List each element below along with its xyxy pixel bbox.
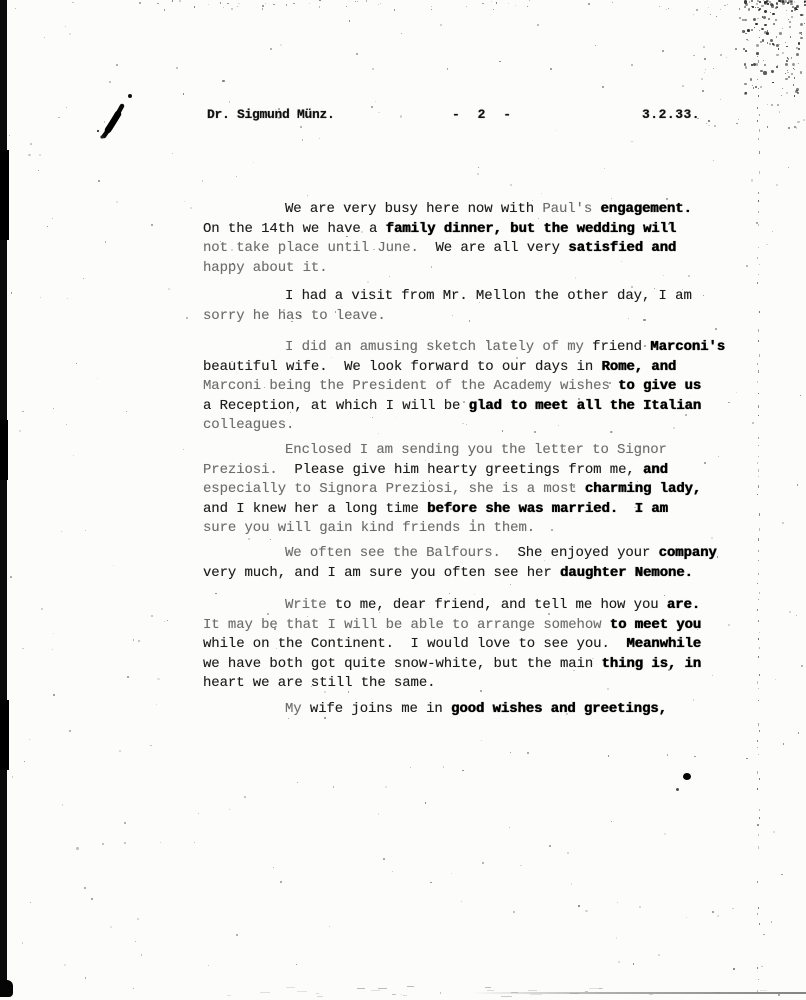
scan-speck <box>116 64 118 66</box>
scan-speck <box>800 37 802 39</box>
letter-line: and I knew her a long time before she wa… <box>203 500 701 520</box>
scan-speck <box>794 95 796 97</box>
scan-speck <box>183 449 184 450</box>
scan-speck <box>176 67 177 68</box>
scan-speck <box>785 78 788 81</box>
scan-speck <box>262 5 263 6</box>
fold-line-dot <box>759 592 760 594</box>
text-segment: glad to meet all the Italian <box>469 398 701 414</box>
scan-speck <box>346 236 347 237</box>
scan-speck <box>477 173 479 175</box>
scan-speck <box>804 23 805 24</box>
scan-speck <box>756 44 759 47</box>
scan-speck <box>278 117 279 118</box>
scan-speck <box>38 170 39 171</box>
scan-speck <box>757 824 759 826</box>
scan-speck <box>67 298 68 299</box>
scan-speck <box>767 126 769 128</box>
fold-line-dot <box>757 282 758 284</box>
scan-speck <box>760 70 762 72</box>
fold-line-dot <box>758 620 759 622</box>
scan-speck <box>706 123 707 124</box>
scan-speck <box>69 33 71 35</box>
scan-speck <box>773 831 775 833</box>
scan-speck <box>223 7 224 8</box>
scan-speck <box>715 328 717 330</box>
fold-line-dot <box>759 647 760 649</box>
scan-speck <box>749 1 750 2</box>
scan-speck <box>696 9 698 11</box>
scan-speck <box>302 139 303 140</box>
scan-speck <box>710 14 711 15</box>
scan-speck <box>515 5 516 6</box>
scan-speck <box>164 9 165 10</box>
scan-speck <box>319 0 320 1</box>
scan-speck <box>349 20 350 21</box>
fold-line-dot <box>757 462 758 464</box>
scan-speck <box>798 42 801 45</box>
scan-speck <box>775 19 777 21</box>
letter-line: It may be that I will be able to arrange… <box>203 616 701 636</box>
text-segment: family dinner, but the wedding will <box>386 221 677 237</box>
scan-speck <box>572 507 573 508</box>
fold-line-dot <box>758 370 759 373</box>
scan-speck <box>618 961 620 963</box>
scan-edge-notch <box>0 700 9 770</box>
scan-speck <box>717 915 719 917</box>
scan-speck <box>466 6 467 7</box>
scan-speck <box>40 297 41 298</box>
scan-speck <box>266 424 267 425</box>
scan-speck <box>44 37 45 38</box>
fold-line-dot <box>758 846 759 849</box>
text-segment: happy about it. <box>203 260 328 276</box>
scan-speck <box>801 34 802 35</box>
scan-speck <box>736 123 738 125</box>
handwritten-ink-mark-icon <box>96 90 142 142</box>
scan-speck <box>537 24 539 26</box>
scan-speck <box>767 104 768 105</box>
scan-speck <box>482 3 483 4</box>
scan-speck <box>366 0 367 1</box>
scan-speck <box>183 93 184 94</box>
scan-speck <box>380 3 381 4</box>
scan-speck <box>378 813 380 815</box>
scan-speck <box>793 68 794 69</box>
scan-bottom-dash <box>758 992 762 993</box>
scan-speck <box>694 756 696 758</box>
scan-speck <box>693 14 694 15</box>
scan-speck <box>662 50 664 52</box>
scan-speck <box>24 761 26 763</box>
scan-speck <box>776 184 777 185</box>
text-segment: sorry he has to leave. <box>203 308 386 324</box>
scan-speck <box>689 395 690 396</box>
scan-speck <box>588 3 590 5</box>
scan-speck <box>566 713 568 715</box>
fold-line-dot <box>759 817 760 819</box>
fold-line-dot <box>758 599 759 601</box>
scan-speck <box>772 231 773 232</box>
scan-speck <box>610 431 611 432</box>
scan-speck <box>724 5 725 6</box>
letter-line: Marconi being the President of the Acade… <box>203 377 725 397</box>
scan-speck <box>744 19 747 22</box>
scan-speck <box>133 988 134 989</box>
scan-speck <box>431 266 432 267</box>
scan-speck <box>796 53 799 56</box>
scan-speck <box>319 138 320 139</box>
scan-speck <box>782 28 783 29</box>
scan-speck <box>794 10 796 12</box>
fold-line-dot <box>758 393 759 394</box>
scan-speck <box>299 315 301 317</box>
scan-speck <box>266 114 268 116</box>
scan-speck <box>66 107 67 108</box>
scan-speck <box>769 43 771 45</box>
scan-speck <box>22 942 23 943</box>
fold-line-dot <box>758 538 759 540</box>
scan-speck <box>53 633 54 634</box>
scan-speck <box>496 2 498 4</box>
scan-speck <box>779 44 780 45</box>
scan-speck <box>668 8 669 9</box>
scan-speck <box>208 965 209 966</box>
scan-speck <box>794 69 795 70</box>
scan-speck <box>291 628 292 629</box>
scan-speck <box>787 2 789 4</box>
scan-speck <box>119 750 121 752</box>
fold-line-dot <box>757 120 758 122</box>
scan-speck <box>291 321 292 322</box>
scan-speck <box>236 934 238 936</box>
scan-speck <box>215 593 216 594</box>
fold-line-dot <box>757 494 758 495</box>
text-segment: It may be that I will be able to arrange… <box>203 617 610 633</box>
scan-speck <box>527 6 528 7</box>
scan-speck <box>253 162 254 163</box>
scan-speck <box>513 231 515 233</box>
scan-speck <box>800 395 801 396</box>
scan-speck <box>443 766 445 768</box>
scan-bottom-line <box>470 992 806 994</box>
scan-speck <box>244 796 246 798</box>
scan-speck <box>761 966 762 967</box>
scan-speck <box>516 357 518 359</box>
scan-speck <box>548 613 550 615</box>
scan-speck <box>550 68 552 70</box>
scan-speck <box>658 954 660 956</box>
fold-line-dot <box>758 469 759 472</box>
fold-line-dot <box>758 700 759 701</box>
fold-line-dot <box>757 881 758 883</box>
scan-speck <box>179 0 181 2</box>
fold-line-dot <box>759 151 760 153</box>
scan-speck <box>372 417 373 418</box>
scan-speck <box>355 1 356 2</box>
fold-line-dot <box>758 656 759 658</box>
scan-speck <box>102 843 104 845</box>
scan-bottom-dash <box>485 987 491 988</box>
scan-speck <box>220 241 221 242</box>
scan-speck <box>757 56 758 57</box>
scan-speck <box>717 556 719 558</box>
letter-line: colleagues. <box>203 416 725 436</box>
scan-speck <box>796 615 797 616</box>
scan-bottom-dash <box>357 988 365 989</box>
scan-speck <box>788 127 790 129</box>
text-segment: charming lady, <box>585 481 701 497</box>
fold-line-dot <box>758 437 759 440</box>
text-segment: to me, dear friend, and tell me how you <box>335 597 667 613</box>
scan-speck <box>198 813 199 814</box>
letter-line: Write to me, dear friend, and tell me ho… <box>203 596 701 616</box>
scan-speck <box>229 809 230 810</box>
scan-speck <box>425 802 426 803</box>
scan-speck <box>184 201 185 202</box>
scan-speck <box>631 64 633 66</box>
scan-speck <box>766 244 768 246</box>
scan-speck <box>758 9 760 11</box>
scan-speck <box>771 104 772 105</box>
scan-bottom-dash <box>297 991 307 992</box>
scan-speck <box>105 241 107 243</box>
scan-speck <box>667 754 669 756</box>
scan-bottom-dash <box>227 995 231 996</box>
scan-speck <box>270 539 271 540</box>
scan-speck <box>463 401 465 403</box>
scan-speck <box>208 4 209 5</box>
scan-speck <box>532 200 533 201</box>
text-segment: satisfied and <box>568 240 676 256</box>
fold-line-dot <box>759 264 760 266</box>
scan-speck <box>309 3 310 4</box>
fold-line-dot <box>759 513 760 515</box>
scan-speck <box>776 36 777 37</box>
scan-speck <box>52 218 53 219</box>
scan-speck <box>639 906 641 908</box>
text-segment: very much, and I am sure you often see h… <box>203 565 560 581</box>
scan-speck <box>333 786 334 787</box>
scan-speck <box>778 48 780 50</box>
scan-speck <box>293 3 295 5</box>
scan-speck <box>227 3 229 5</box>
scan-speck <box>65 26 66 27</box>
scan-speck <box>664 833 666 835</box>
scan-speck <box>756 63 758 65</box>
scan-speck <box>748 8 750 10</box>
scan-speck <box>772 43 773 44</box>
letter-line: a Reception, at which I will be glad to … <box>203 397 725 417</box>
scan-speck <box>15 8 17 10</box>
scan-speck <box>283 309 284 310</box>
text-segment: We are all very <box>419 240 568 256</box>
scan-speck <box>449 593 450 594</box>
scan-speck <box>767 3 768 4</box>
scan-speck <box>109 81 111 83</box>
scan-speck <box>555 130 556 131</box>
scan-speck <box>643 319 645 321</box>
scan-speck <box>451 873 452 874</box>
scan-speck <box>644 345 646 347</box>
paragraph: We often see the Balfours. She enjoyed y… <box>203 544 717 583</box>
scan-speck <box>474 594 475 595</box>
scan-edge-left <box>0 0 7 992</box>
scan-speck <box>567 852 569 854</box>
scan-speck <box>168 288 170 290</box>
scan-speck <box>431 9 432 10</box>
fold-line-dot <box>759 730 760 732</box>
scan-speck <box>510 584 512 586</box>
paragraph: We are very busy here now with Paul's en… <box>203 200 692 278</box>
text-segment: heart we are still the same. <box>203 675 435 691</box>
scan-speck <box>753 18 756 21</box>
scan-speck <box>431 6 432 7</box>
scan-speck <box>622 489 624 491</box>
scan-speck <box>745 66 747 68</box>
scan-bottom-dash <box>487 990 494 991</box>
scan-speck <box>747 29 750 32</box>
scan-speck <box>331 357 332 358</box>
scan-speck <box>509 827 510 828</box>
fold-line-dot <box>758 95 759 97</box>
scan-speck <box>194 6 195 7</box>
scan-speck <box>113 565 114 566</box>
scan-bottom-dash <box>528 990 538 991</box>
scan-speck <box>776 66 778 68</box>
scan-speck <box>638 446 640 448</box>
scan-speck <box>126 411 127 412</box>
fold-line-dot <box>759 311 760 314</box>
scan-speck <box>768 18 770 20</box>
scan-speck <box>270 48 272 50</box>
scan-speck <box>803 14 805 16</box>
scan-speck <box>746 758 748 760</box>
scan-speck <box>291 298 292 299</box>
scan-speck <box>611 198 612 199</box>
scan-speck <box>783 0 784 1</box>
scan-speck <box>30 143 32 145</box>
scan-speck <box>229 101 231 103</box>
scan-speck <box>776 2 778 4</box>
scan-speck <box>763 60 764 61</box>
text-segment: Enclosed I am sending you the letter to … <box>285 442 667 458</box>
scan-speck <box>236 176 237 177</box>
scan-speck <box>786 46 787 47</box>
scan-speck <box>790 36 792 38</box>
scan-speck <box>803 119 805 121</box>
scan-speck <box>231 249 233 251</box>
scan-speck <box>22 648 24 650</box>
scan-speck <box>704 58 706 60</box>
paragraph: I had a visit from Mr. Mellon the other … <box>203 287 692 326</box>
scan-speck <box>356 53 357 54</box>
scan-speck <box>133 639 135 641</box>
scan-speck <box>763 71 766 74</box>
scan-speck <box>520 865 521 866</box>
scan-speck <box>708 125 710 127</box>
scan-speck <box>346 6 347 7</box>
scan-speck <box>772 13 774 15</box>
scan-speck <box>135 941 136 942</box>
scan-speck <box>447 68 448 69</box>
scan-speck <box>383 858 385 860</box>
header-date: 3.2.33. <box>642 106 700 124</box>
scan-speck <box>440 24 441 25</box>
scan-speck <box>389 276 390 277</box>
fold-line-dot <box>758 224 759 226</box>
fold-line-dot <box>759 129 760 132</box>
text-segment: company <box>659 545 717 561</box>
scan-speck <box>300 126 302 128</box>
scan-speck <box>746 265 748 267</box>
letter-line: heart we are still the same. <box>203 674 701 694</box>
text-segment: and I knew her a long time <box>203 501 427 517</box>
scan-speck <box>702 90 704 92</box>
scan-speck <box>12 776 14 778</box>
scan-speck <box>378 112 380 114</box>
scan-speck <box>564 224 566 226</box>
scan-speck <box>571 883 572 884</box>
scan-speck <box>764 10 767 13</box>
scan-bottom-dash <box>286 987 295 988</box>
scan-speck <box>481 740 483 742</box>
scan-speck <box>84 887 86 889</box>
scan-speck <box>785 73 786 74</box>
scan-speck <box>58 117 59 118</box>
scan-bottom-dash <box>760 990 767 991</box>
scan-speck <box>11 292 12 293</box>
header-recipient: Dr. Sigmund Münz. <box>207 106 335 124</box>
scan-speck <box>472 519 474 521</box>
scan-speck <box>549 845 551 847</box>
scan-speck <box>10 576 12 578</box>
scan-speck <box>713 160 714 161</box>
scan-speck <box>157 3 159 5</box>
scan-speck <box>782 88 783 89</box>
scan-speck <box>297 782 298 783</box>
text-segment: On the 14th we have a <box>203 221 386 237</box>
scan-speck <box>268 642 269 643</box>
fold-line-dot <box>758 979 759 980</box>
scan-speck <box>796 127 798 129</box>
fold-line-dot <box>758 485 759 488</box>
scan-speck <box>616 937 617 938</box>
scan-speck <box>231 8 233 10</box>
scan-speck <box>273 4 274 5</box>
scan-bottom-dash <box>714 992 722 993</box>
fold-line-dot <box>758 834 759 836</box>
letter-line: sorry he has to leave. <box>203 307 692 327</box>
scan-speck <box>238 3 240 5</box>
text-segment: not take place until June. <box>203 240 419 256</box>
paragraph: My wife joins me in good wishes and gree… <box>203 700 667 720</box>
scan-speck <box>400 115 402 117</box>
scan-speck <box>355 366 356 367</box>
scan-speck <box>762 39 765 42</box>
scan-speck <box>776 6 778 8</box>
scan-speck <box>751 0 753 2</box>
scan-bottom-dash <box>260 992 270 993</box>
scan-speck <box>22 411 23 412</box>
scan-speck <box>670 668 671 669</box>
scan-speck <box>194 842 195 843</box>
scan-speck <box>160 842 161 843</box>
scan-speck <box>83 278 84 279</box>
fold-line-dot <box>757 257 758 259</box>
scan-speck <box>307 616 308 617</box>
scan-speck <box>529 0 530 1</box>
